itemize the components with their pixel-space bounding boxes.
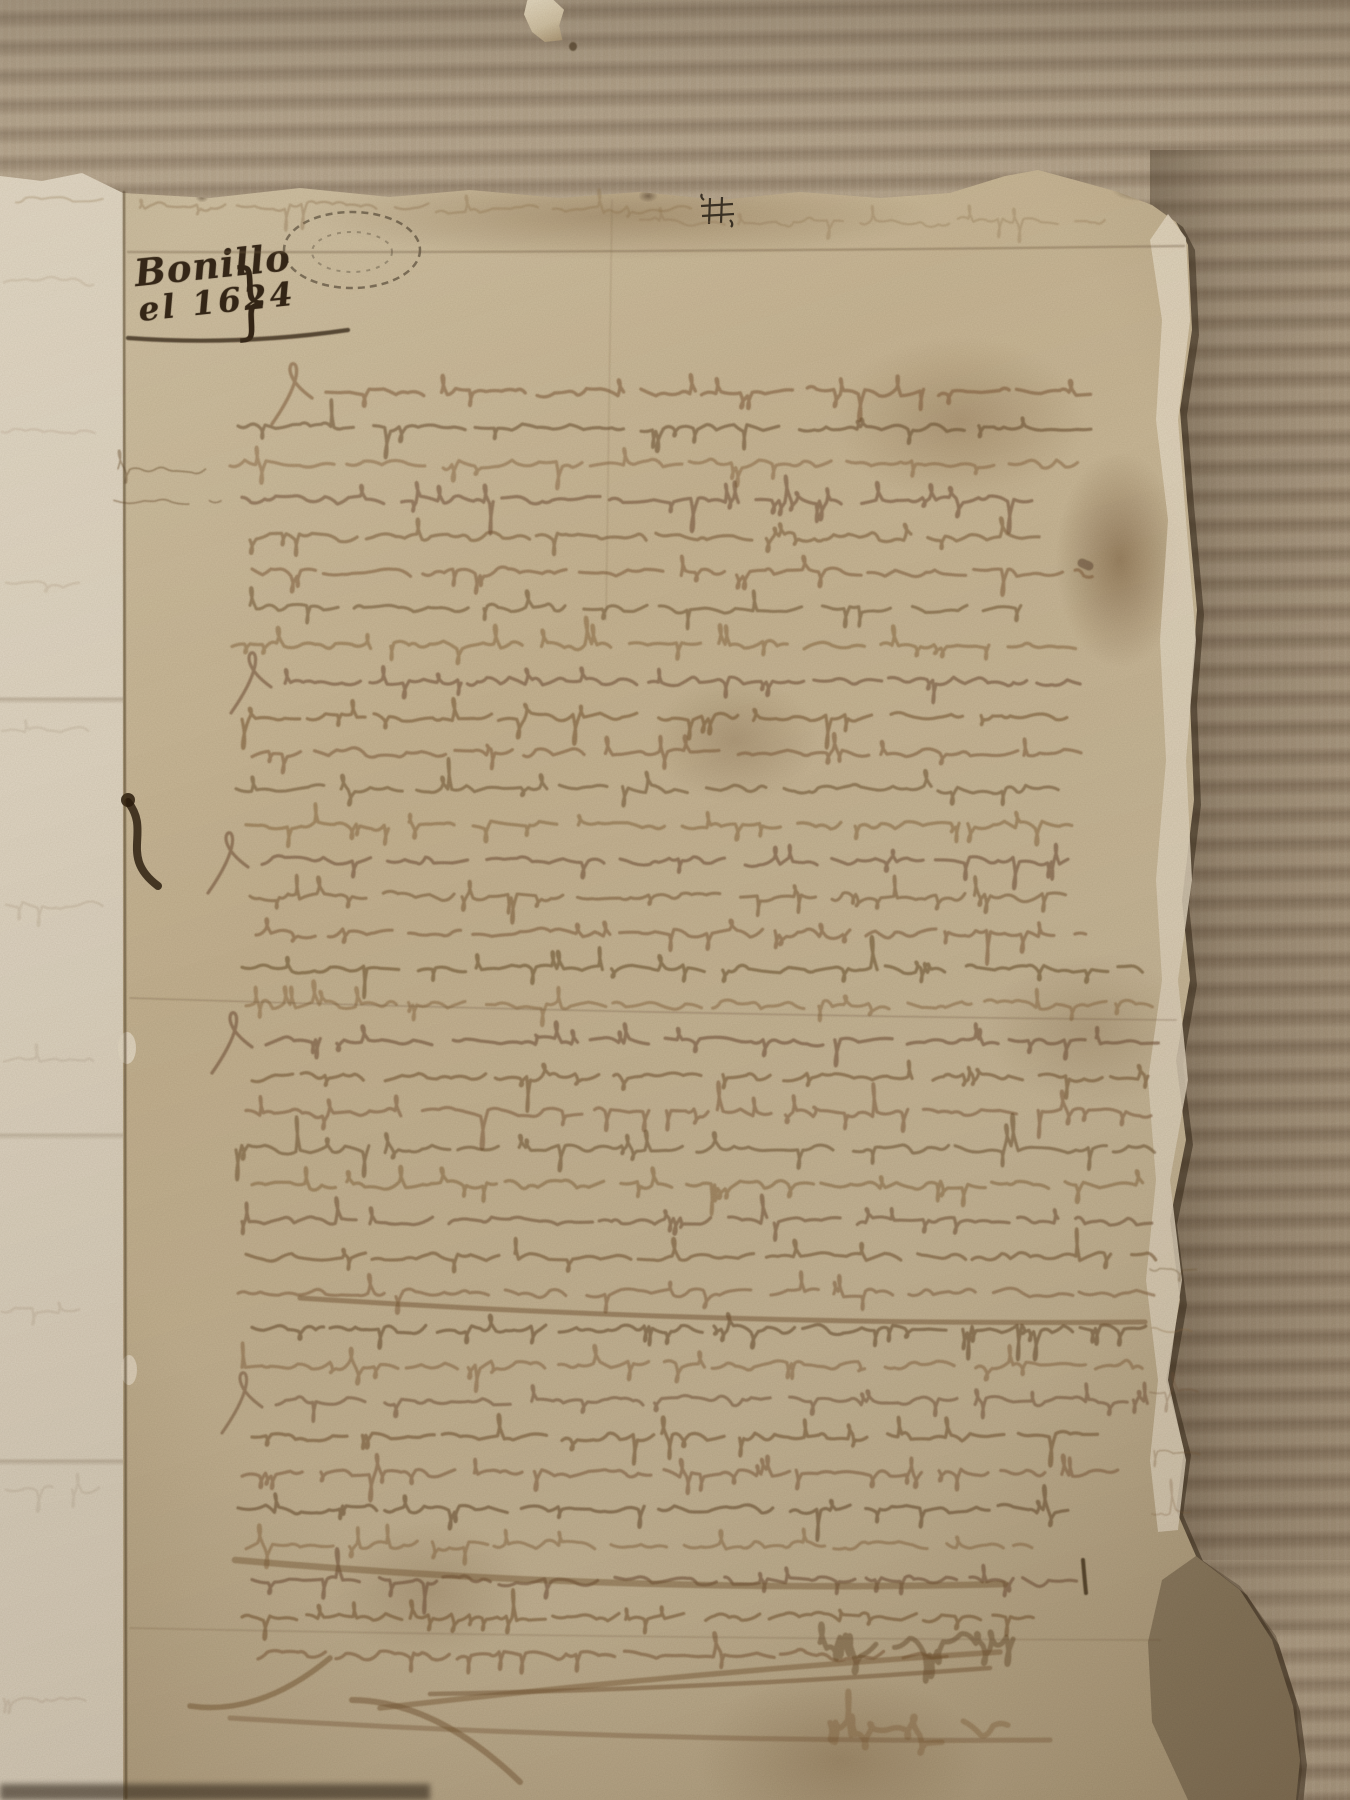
bottom-edge-shadow <box>0 1784 430 1800</box>
top-lighting-shade <box>0 0 1350 170</box>
photo-of-manuscript: { "scene": { "description_tag": "sevente… <box>0 0 1350 1800</box>
debris-speck <box>569 42 577 51</box>
annotation-bracket: } <box>229 249 273 350</box>
archival-annotation: Bonillo el 1624 <box>133 238 298 328</box>
